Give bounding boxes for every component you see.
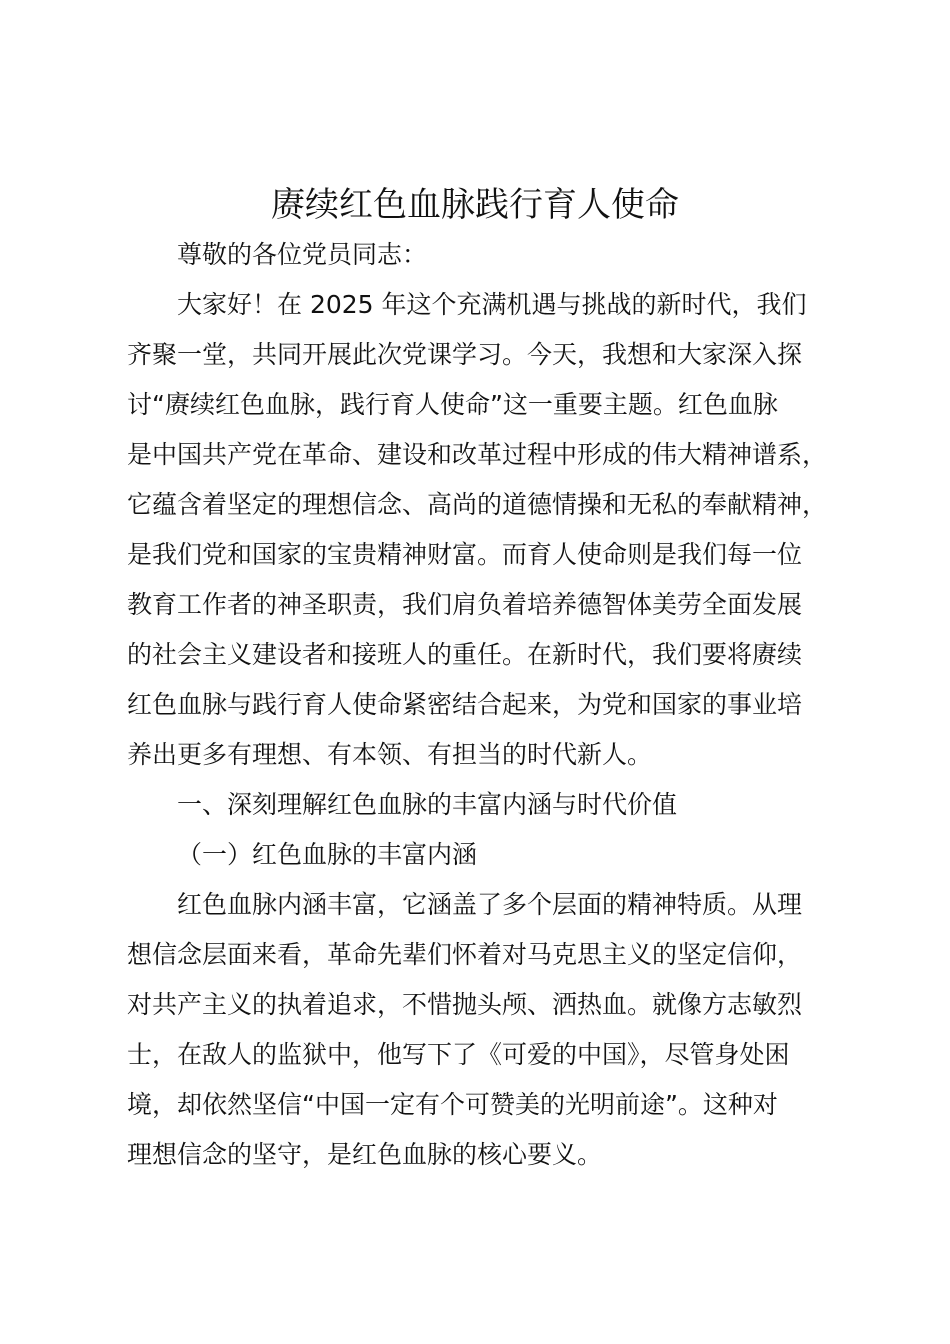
paragraph-line: 红色血脉与践行育人使命紧密结合起来，为党和国家的事业培 — [127, 680, 802, 730]
section-heading: 一、深刻理解红色血脉的丰富内涵与时代价值 — [177, 780, 677, 830]
paragraph-line: 是中国共产党在革命、建设和改革过程中形成的伟大精神谱系， — [127, 430, 827, 480]
paragraph-line: 想信念层面来看，革命先辈们怀着对马克思主义的坚定信仰， — [127, 930, 802, 980]
salutation: 尊敬的各位党员同志： — [177, 230, 427, 280]
subsection-heading: （一）红色血脉的丰富内涵 — [177, 830, 477, 880]
paragraph-line: 养出更多有理想、有本领、有担当的时代新人。 — [127, 730, 652, 780]
paragraph-line: 教育工作者的神圣职责，我们肩负着培养德智体美劳全面发展 — [127, 580, 802, 630]
paragraph-line: 它蕴含着坚定的理想信念、高尚的道德情操和无私的奉献精神， — [127, 480, 827, 530]
paragraph-line: 对共产主义的执着追求，不惜抛头颅、洒热血。就像方志敏烈 — [127, 980, 802, 1030]
paragraph-line: 讨“赓续红色血脉，践行育人使命”这一重要主题。红色血脉 — [127, 380, 778, 430]
paragraph-line: 的社会主义建设者和接班人的重任。在新时代，我们要将赓续 — [127, 630, 802, 680]
paragraph-line: 齐聚一堂，共同开展此次党课学习。今天，我想和大家深入探 — [127, 330, 802, 380]
paragraph-line: 士，在敌人的监狱中，他写下了《可爱的中国》，尽管身处困 — [127, 1030, 790, 1080]
paragraph-line: 理想信念的坚守，是红色血脉的核心要义。 — [127, 1130, 602, 1180]
paragraph-line: 是我们党和国家的宝贵精神财富。而育人使命则是我们每一位 — [127, 530, 802, 580]
paragraph-line: 大家好！在 2025 年这个充满机遇与挑战的新时代，我们 — [177, 280, 807, 330]
paragraph-line: 红色血脉内涵丰富，它涵盖了多个层面的精神特质。从理 — [177, 880, 802, 930]
document-page: 赓续红色血脉践行育人使命 尊敬的各位党员同志： 大家好！在 2025 年这个充满… — [0, 0, 950, 1344]
document-title: 赓续红色血脉践行育人使命 — [0, 180, 950, 230]
paragraph-line: 境，却依然坚信“中国一定有个可赞美的光明前途”。这种对 — [127, 1080, 778, 1130]
